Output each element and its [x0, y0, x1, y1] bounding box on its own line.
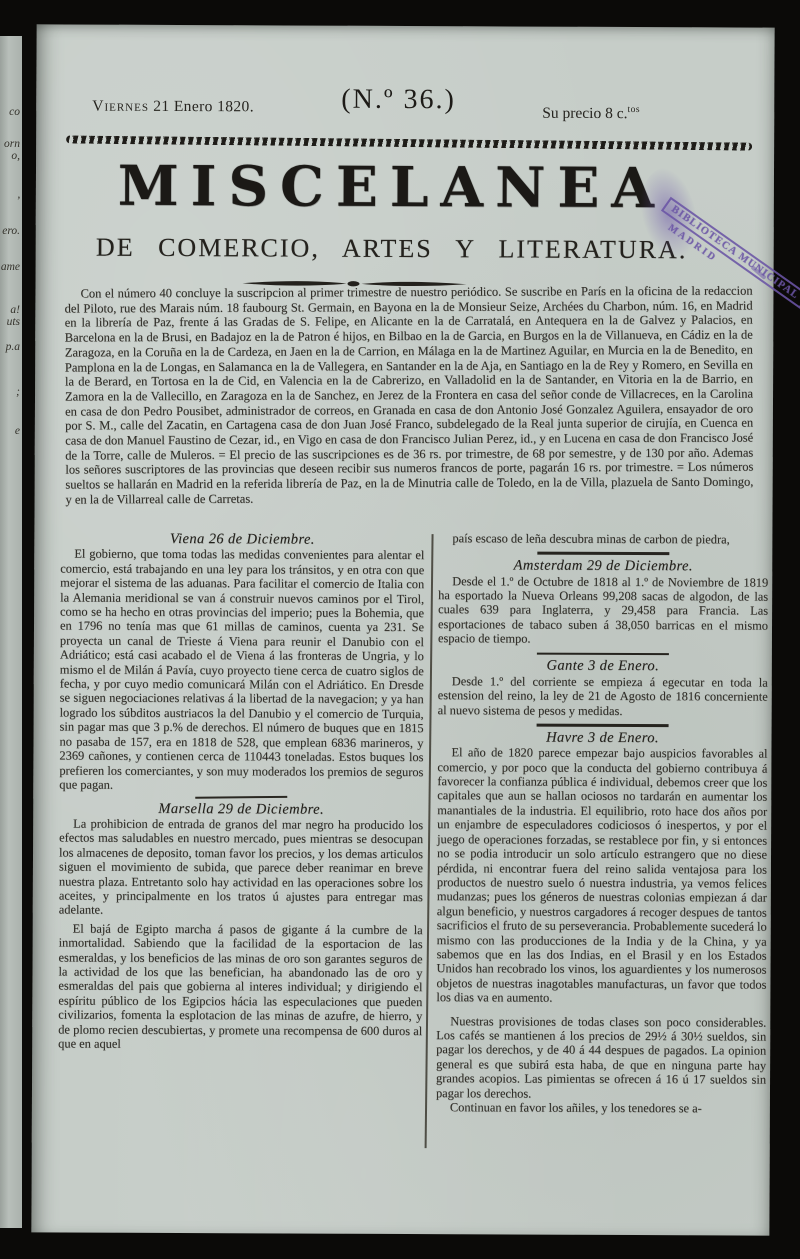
continuation-line: país escaso de leña descubra minas de ca…	[438, 531, 768, 547]
adjacent-page-edge: co orn o, ’ ero. ame a! uts p.a ; e	[0, 36, 22, 1228]
margin-fragment: uts	[7, 316, 20, 328]
rope-rule-ornament	[66, 135, 752, 150]
section-heading: Gante 3 de Enero.	[438, 659, 768, 675]
margin-fragment: o,	[11, 150, 20, 162]
masthead-title: MISCELANEA	[36, 152, 736, 220]
article-paragraph: El bajá de Egipto marcha á pasos de giga…	[58, 921, 423, 1052]
section-heading: Amsterdam 29 de Diciembre.	[438, 558, 768, 574]
margin-fragment: co	[9, 106, 20, 118]
article-paragraph: Nuestras provisiones de todas clases son…	[436, 1014, 766, 1102]
section-rule	[195, 796, 287, 799]
section-heading: Marsella 29 de Diciembre.	[59, 801, 423, 817]
issue-dateline: Viernes 21 Enero 1820.	[92, 98, 254, 117]
subscription-notice: Con el número 40 concluye la suscripcion…	[65, 284, 754, 508]
margin-fragment: ame	[1, 261, 20, 273]
section-heading: Havre 3 de Enero.	[438, 730, 768, 746]
section-heading: Viena 26 de Diciembre.	[60, 532, 424, 548]
weekday-label: Viernes	[92, 98, 149, 115]
margin-fragment: p.a	[6, 341, 20, 353]
margin-fragment: ’	[16, 195, 20, 207]
right-column: país escaso de leña descubra minas de ca…	[436, 531, 769, 1116]
article-paragraph: El año de 1820 parece empezar bajo auspi…	[436, 745, 767, 1006]
price-superscript: tos	[627, 105, 640, 115]
article-paragraph: El gobierno, que toma todas las medidas …	[59, 547, 424, 793]
price-text: Su precio 8 c.	[542, 105, 627, 122]
column-divider	[425, 534, 434, 1148]
margin-fragment: ero.	[2, 225, 20, 237]
masthead-subtitle: DE COMERCIO, ARTES Y LITERATURA.	[36, 232, 748, 265]
margin-fragment: orn	[4, 138, 20, 150]
article-paragraph: La prohibicion de entrada de granos del …	[59, 816, 423, 918]
section-rule	[537, 724, 669, 727]
margin-fragment: e	[15, 425, 20, 437]
issue-number: (N.º 36.)	[341, 84, 456, 116]
section-rule	[537, 552, 669, 555]
newspaper-page: Viernes 21 Enero 1820. (N.º 36.) Su prec…	[31, 24, 774, 1235]
section-rule	[537, 652, 669, 655]
scanned-newspaper-view: co orn o, ’ ero. ame a! uts p.a ; e Vier…	[0, 0, 800, 1259]
margin-fragment: ;	[16, 386, 20, 398]
date-label: 21 Enero 1820.	[149, 98, 254, 115]
margin-fragment: a!	[10, 304, 20, 316]
price-label: Su precio 8 c.tos	[542, 105, 640, 124]
article-paragraph: Continuan en favor los añiles, y los ten…	[436, 1100, 766, 1116]
article-paragraph: Desde 1.º del corriente se empieza á ege…	[438, 674, 768, 719]
article-paragraph: Desde el 1.º de Octubre de 1818 al 1.º d…	[438, 574, 768, 647]
left-column: Viena 26 de Diciembre. El gobierno, que …	[58, 530, 424, 1053]
